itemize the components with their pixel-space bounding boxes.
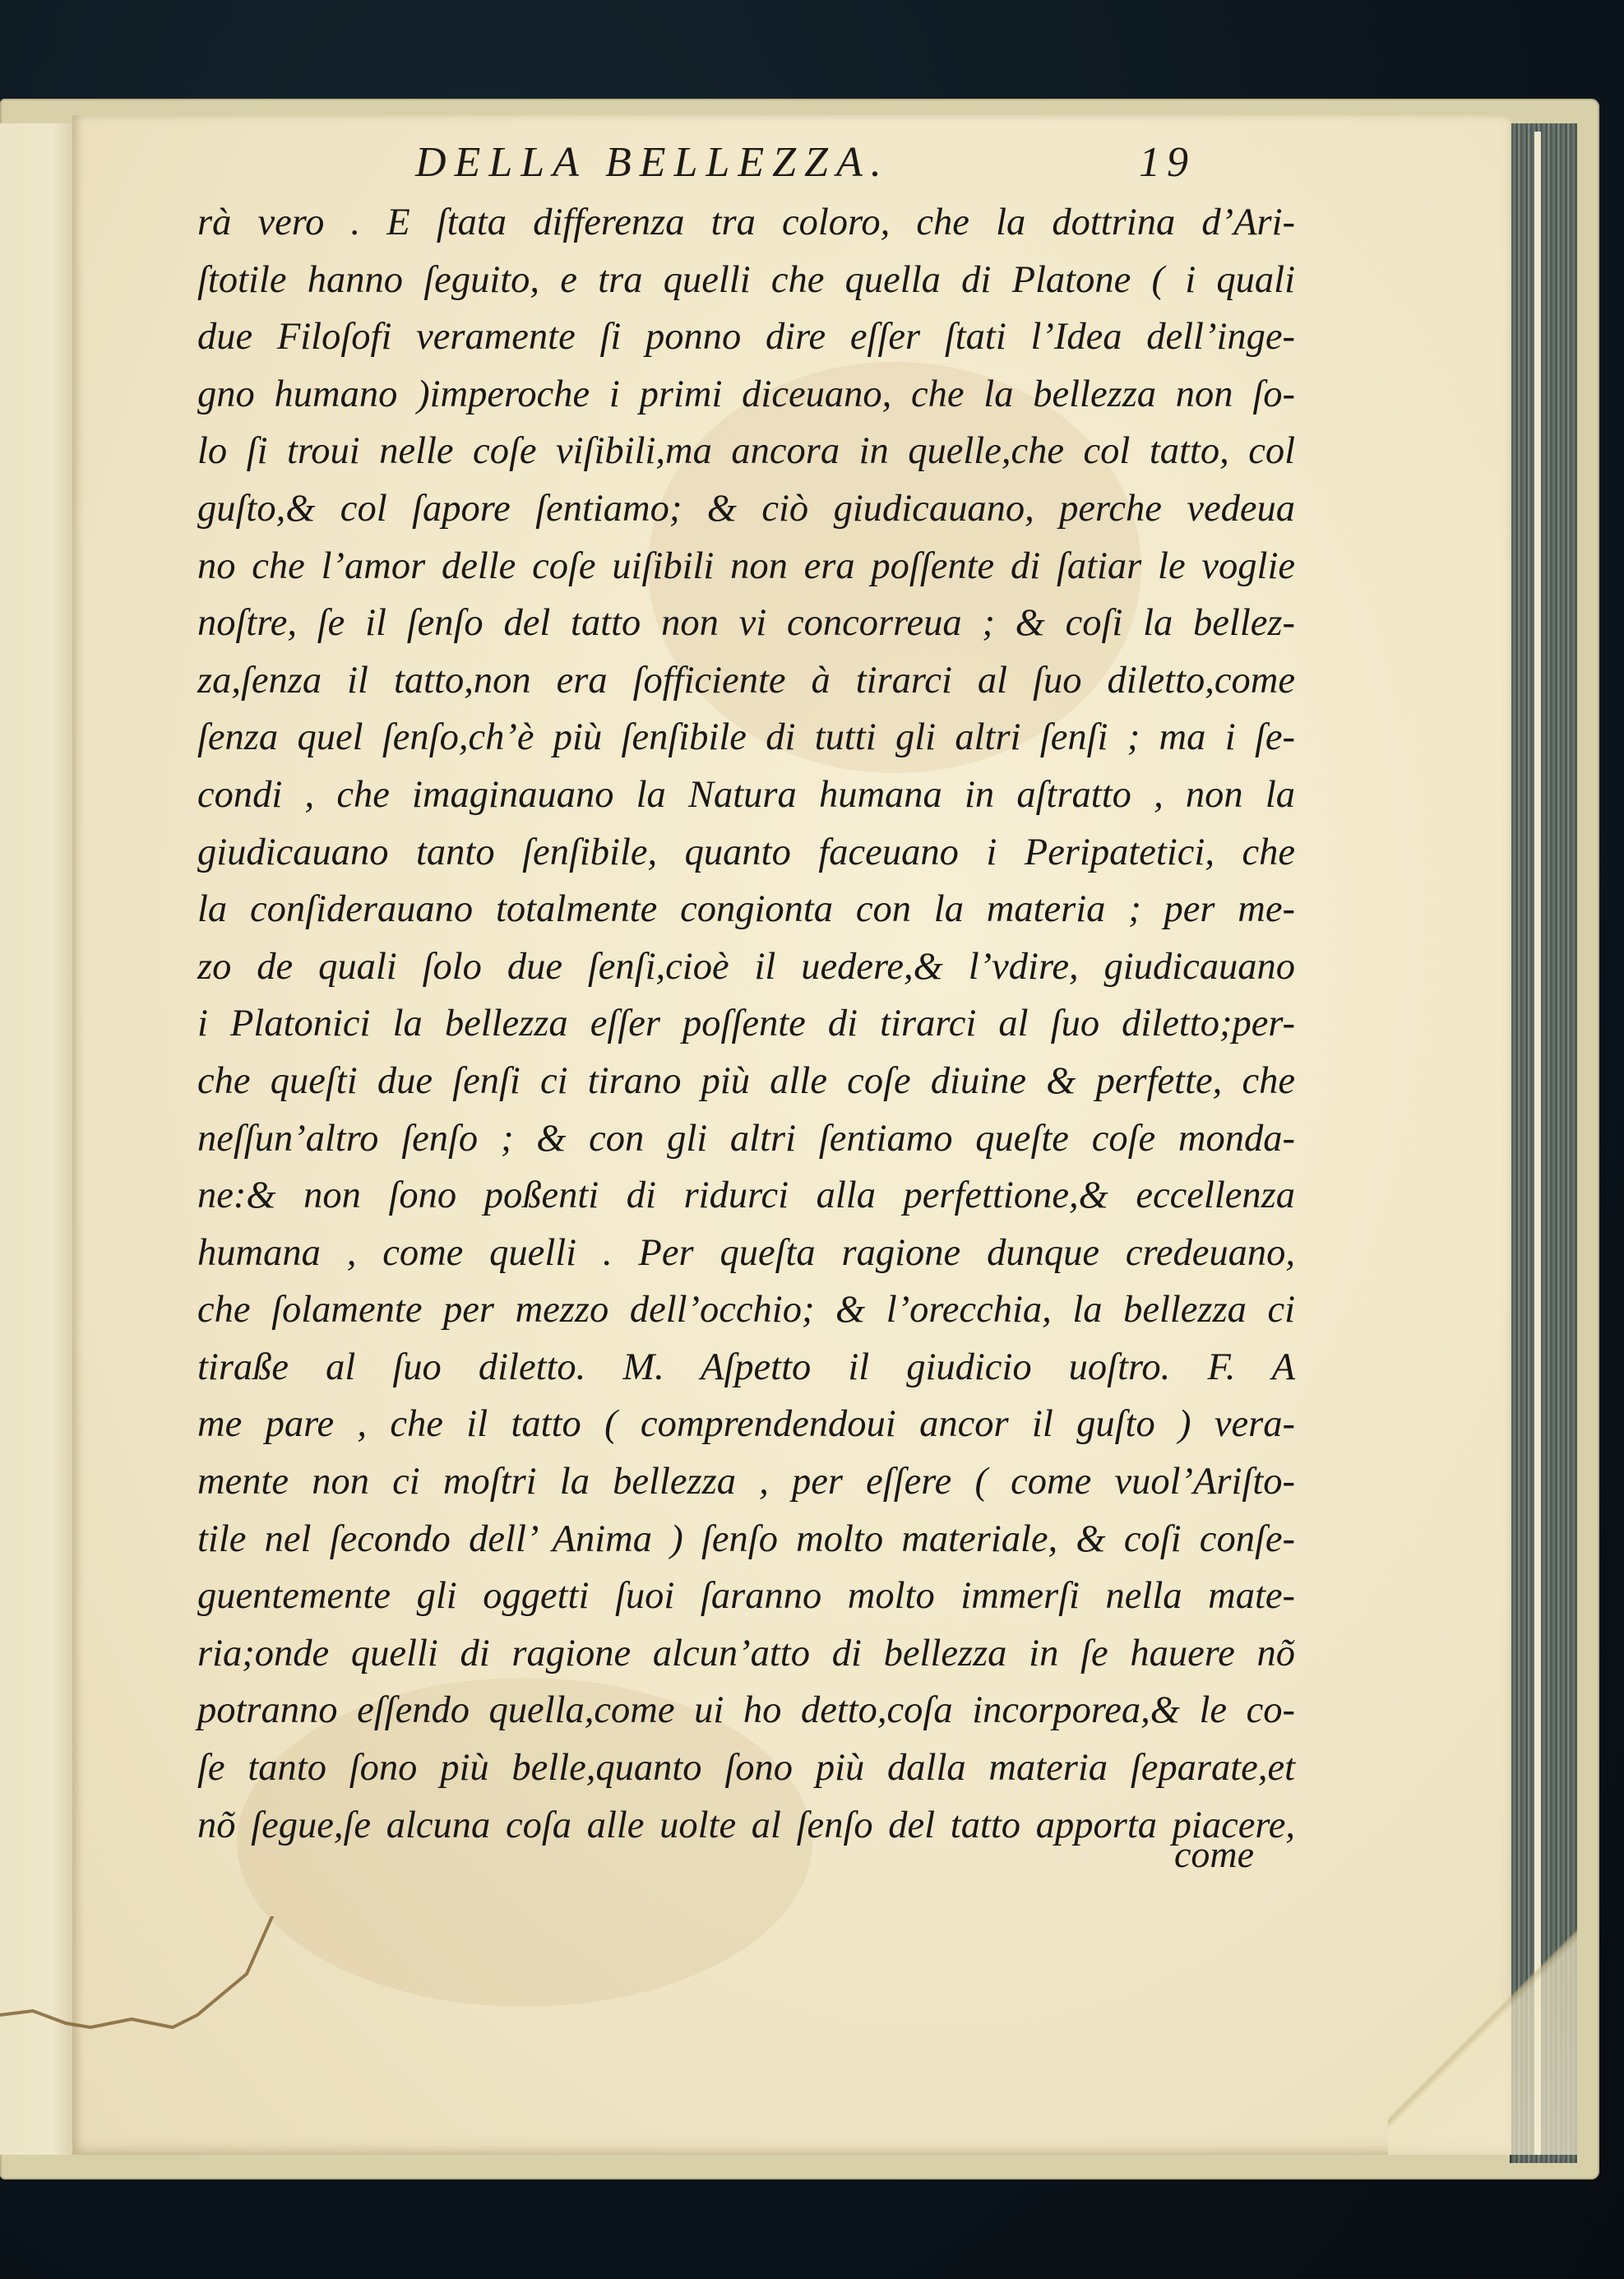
text-line: che queſti due ſenſi ci tirano più alle … [197, 1053, 1295, 1110]
text-line: ſtotile hanno ſeguito, e tra quelli che … [197, 252, 1295, 309]
text-line: ne:& non ſono poßenti di ridurci alla pe… [197, 1167, 1295, 1225]
text-line: condi , che imaginauano la Natura humana… [197, 767, 1295, 824]
text-line: ſe tanto ſono più belle,quanto ſono più … [197, 1739, 1295, 1797]
text-line: humana , come quelli . Per queſta ragion… [197, 1225, 1295, 1282]
text-line: me pare , che il tatto ( comprendendoui … [197, 1396, 1295, 1453]
text-line: che ſolamente per mezzo dell’occhio; & l… [197, 1281, 1295, 1339]
text-line: giudicauano tanto ſenſibile, quanto face… [197, 824, 1295, 882]
text-line: tiraße al ſuo diletto. M. Aſpetto il giu… [197, 1339, 1295, 1397]
body-text: rà vero . E ſtata differenza tra coloro,… [197, 194, 1295, 1854]
catchword: come [1174, 1832, 1254, 1876]
running-head-title: DELLA BELLEZZA. [415, 138, 890, 187]
text-line: guentemente gli oggetti ſuoi ſaranno mol… [197, 1568, 1295, 1625]
text-line: guſto,& col ſapore ſentiamo; & ciò giudi… [197, 480, 1295, 538]
text-line: la conſiderauano totalmente congionta co… [197, 881, 1295, 938]
text-line: mente non ci moſtri la bellezza , per eſ… [197, 1453, 1295, 1511]
text-line: ria;onde quelli di ragione alcun’atto di… [197, 1625, 1295, 1683]
page-block-edges [1510, 123, 1577, 2163]
text-line: zo de quali ſolo due ſenſi,cioè il ueder… [197, 938, 1295, 996]
text-line: potranno eſſendo quella,come ui ho detto… [197, 1682, 1295, 1739]
page-block-gap [1534, 132, 1541, 2155]
text-line: lo ſi troui nelle coſe viſibili,ma ancor… [197, 423, 1295, 480]
text-line: neſſun’altro ſenſo ; & con gli altri ſen… [197, 1110, 1295, 1168]
text-line: ſenza quel ſenſo,ch’è più ſenſibile di t… [197, 709, 1295, 767]
page-tear-mark [0, 1916, 296, 2031]
text-line: nõ ſegue,ſe alcuna coſa alle uolte al ſe… [197, 1797, 1295, 1855]
text-line: gno humano )imperoche i primi diceuano, … [197, 366, 1295, 424]
text-line: noſtre, ſe il ſenſo del tatto non vi con… [197, 595, 1295, 652]
text-line: tile nel ſecondo dell’ Anima ) ſenſo mol… [197, 1511, 1295, 1568]
text-line: no che l’amor delle coſe uiſibili non er… [197, 538, 1295, 595]
text-line: za,ſenza il tatto,non era ſofficiente à … [197, 652, 1295, 710]
running-head: DELLA BELLEZZA. 19 [415, 138, 1238, 196]
page-number: 19 [1139, 138, 1195, 187]
facing-page-sliver [0, 123, 77, 2155]
corner-fold [1388, 1908, 1577, 2155]
text-line: rà vero . E ſtata differenza tra coloro,… [197, 194, 1295, 252]
text-line: due Filoſofi veramente ſi ponno dire eſſ… [197, 308, 1295, 366]
text-line: i Platonici la bellezza eſſer poſſente d… [197, 995, 1295, 1053]
